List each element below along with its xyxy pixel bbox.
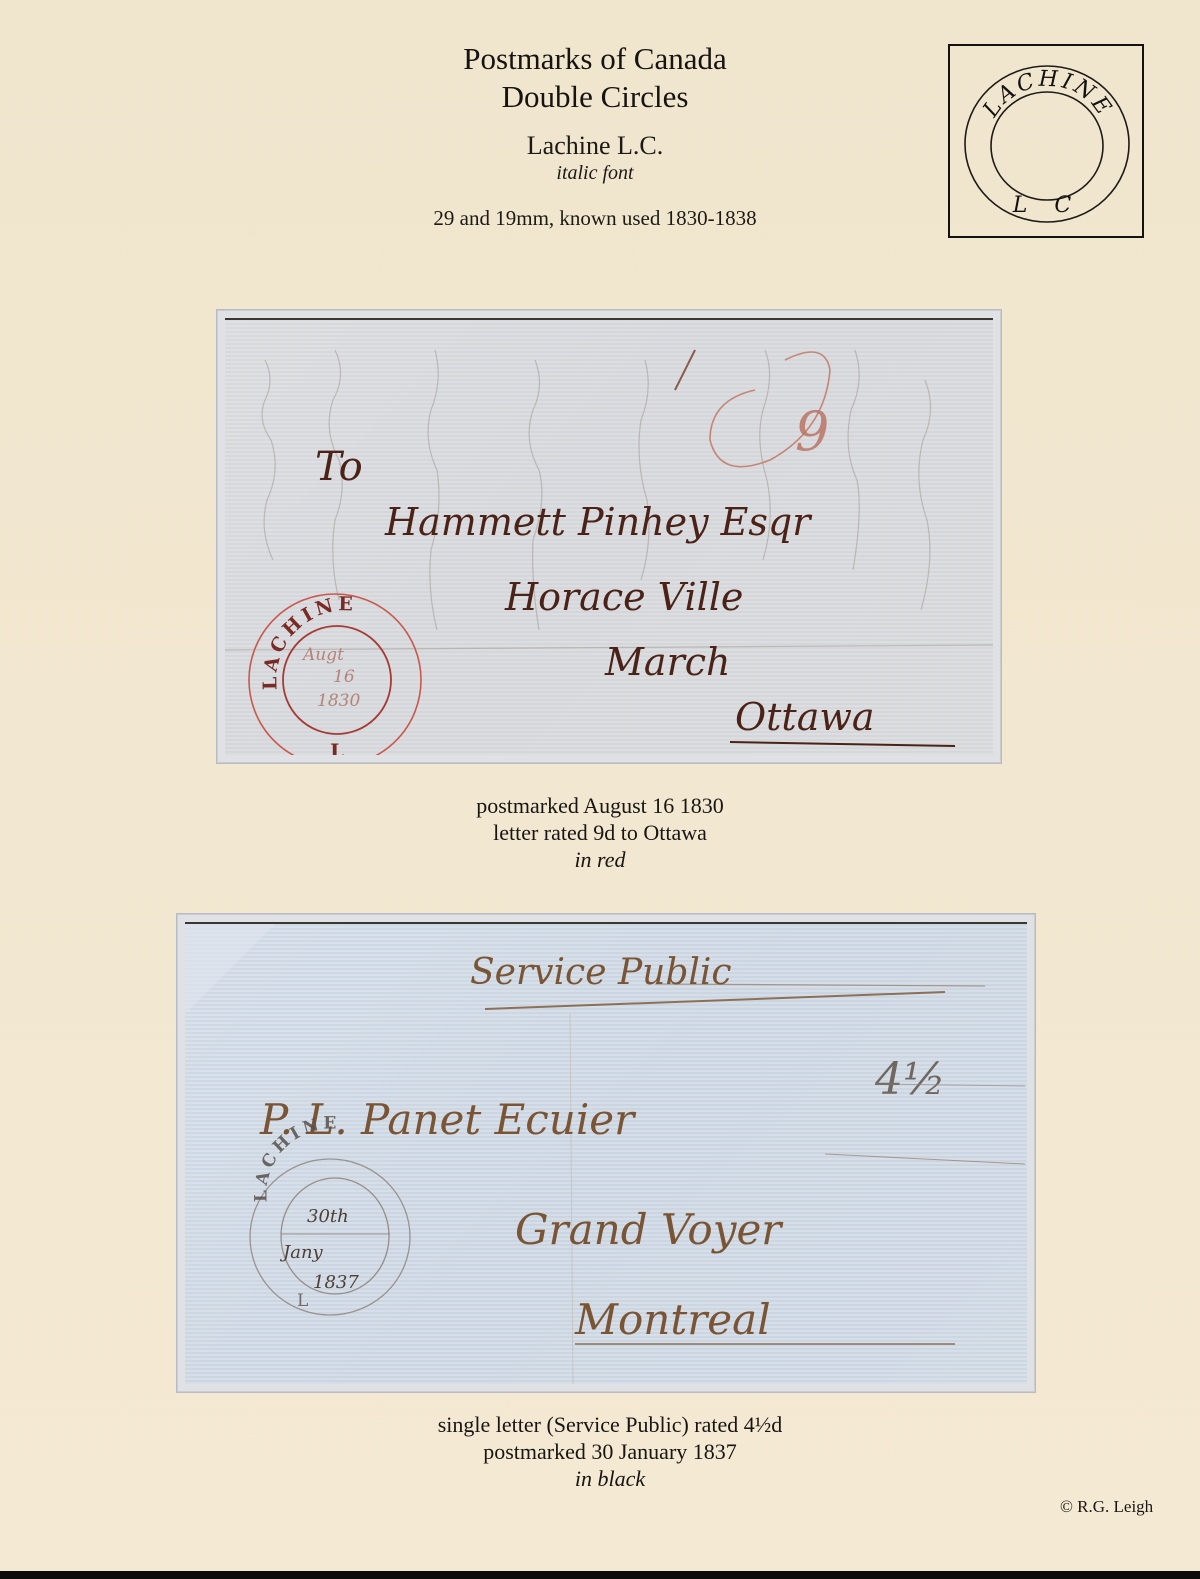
endorsement: Service Public (470, 952, 732, 993)
address-line-5: Ottawa (735, 695, 875, 739)
cover-1837: Service Public 4½ P. L. Panet Ecuier Gra… (176, 913, 1036, 1393)
postmark-date-year: 1837 (313, 1272, 359, 1293)
caption-line: single letter (Service Public) rated 4½d (380, 1411, 840, 1438)
address-line-3: Montreal (574, 1295, 771, 1344)
postmark-date-day: 16 (333, 667, 355, 687)
album-page: Postmarks of Canada Double Circles Lachi… (0, 0, 1200, 1571)
address-line-2: Hammett Pinhey Esqr (384, 500, 813, 544)
scan-edge (0, 1571, 1200, 1579)
address-line-4: March (604, 640, 731, 684)
caption-line: postmarked August 16 1830 (400, 792, 800, 819)
cover-1830: 9 To Hammett Pinhey Esqr Horace Ville Ma… (216, 309, 1002, 764)
copyright-notice: © R.G. Leigh (1060, 1497, 1153, 1517)
postmark-town: Lachine L.C. (350, 131, 840, 161)
rate-mark: 9 (795, 400, 829, 463)
address-line-2: Grand Voyer (515, 1205, 784, 1254)
caption-line: postmarked 30 January 1837 (380, 1438, 840, 1465)
postmark-date-year: 1830 (317, 691, 360, 711)
postmark-1830: LACHINE L Augt 16 1830 (249, 593, 421, 755)
postmark-date-month: Augt (301, 645, 344, 665)
postmark-bottom-text: L (330, 739, 344, 755)
page-title-line-2: Double Circles (350, 78, 840, 116)
page-header: Postmarks of Canada Double Circles Lachi… (350, 40, 840, 231)
reference-postmark-tracing: LACHINE L C (948, 44, 1144, 238)
address-line-1: To (315, 444, 363, 490)
caption-ink-note: in red (400, 846, 800, 873)
caption-ink-note: in black (380, 1465, 840, 1492)
caption-line: letter rated 9d to Ottawa (400, 819, 800, 846)
size-and-usage-note: 29 and 19mm, known used 1830-1838 (350, 205, 840, 231)
rate-mark: 4½ (874, 1054, 946, 1105)
cover-1837-caption: single letter (Service Public) rated 4½d… (380, 1411, 840, 1492)
page-title-line-1: Postmarks of Canada (350, 40, 840, 78)
cover-writing: Service Public 4½ P. L. Panet Ecuier Gra… (185, 924, 1027, 1384)
cover-paper: Service Public 4½ P. L. Panet Ecuier Gra… (185, 922, 1027, 1384)
postmark-date-day: 30th (307, 1206, 349, 1227)
reference-top-text: LACHINE (978, 67, 1117, 123)
svg-text:LACHINE: LACHINE (978, 67, 1117, 123)
font-note: italic font (350, 161, 840, 185)
address-line-3: Horace Ville (504, 575, 743, 619)
postmark-date-month: Jany (279, 1242, 324, 1263)
cover-paper: 9 To Hammett Pinhey Esqr Horace Ville Ma… (225, 318, 993, 755)
reference-bottom-text: L C (1012, 193, 1081, 218)
double-circle-postmark-icon: LACHINE L C (950, 46, 1142, 236)
cover-1830-caption: postmarked August 16 1830 letter rated 9… (400, 792, 800, 873)
cover-writing: 9 To Hammett Pinhey Esqr Horace Ville Ma… (225, 320, 993, 755)
postmark-bottom-text: L (297, 1291, 308, 1311)
